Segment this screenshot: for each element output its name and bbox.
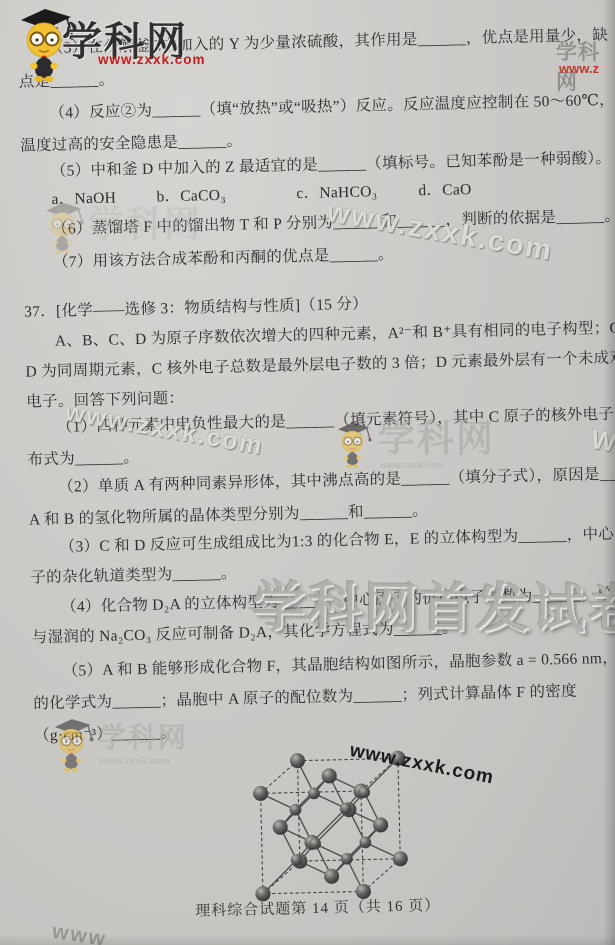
corner-and-face-atoms xyxy=(252,751,409,902)
line-q37-title: 37．[化学——选修 3：物质结构与性质]（15 分） xyxy=(24,286,606,322)
option-b: b．CaCO₃ xyxy=(156,183,226,207)
line-q36-4a: （4）反应②为______（填“放热”或“吸热”）反应。反应温度应控制在 50～… xyxy=(19,88,601,124)
scanned-exam-page: （3）在分解釜C中加入的 Y 为少量浓硫酸，其作用是______，优点是用量少，… xyxy=(0,0,615,945)
line-q37-4b: 与湿润的 Na₂CO₃ 反应可制备 D₂A，其化学方程式为______。 xyxy=(32,612,614,648)
line-q36-7: （7）用该方法合成苯酚和丙酮的优点是______。 xyxy=(23,237,605,273)
page-edge-shadow-bottom xyxy=(0,935,615,945)
line-q37-intro-a: A、B、C、D 为原子序数依次增大的四种元素，A²⁻和 B⁺具有相同的电子构型；… xyxy=(25,316,607,352)
line-q36-3a: （3）在分解釜C中加入的 Y 为少量浓硫酸，其作用是______，优点是用量少，… xyxy=(18,23,600,59)
line-q37-4a: （4）化合物 D₂A 的立体构型为______，中心原子的价层电子对数为____… xyxy=(31,582,613,618)
line-q37-3b: 子的杂化轨道类型为______。 xyxy=(30,552,612,588)
line-q37-5c: （g·cm⁻³）______。 xyxy=(34,710,615,746)
line-q36-6: （6）蒸馏塔 F 中的馏出物 T 和 P 分别为______和______，判断… xyxy=(22,204,604,240)
line-q36-3b: 点是______。 xyxy=(18,56,600,92)
option-d: d．CaO xyxy=(418,177,472,200)
line-q37-5a: （5）A 和 B 能够形成化合物 F，其晶胞结构如图所示，晶胞参数 a = 0.… xyxy=(32,646,614,682)
crystal-structure-figure xyxy=(244,745,412,903)
option-a: a．NaOH xyxy=(51,185,116,209)
option-c: c．NaHCO₃ xyxy=(296,179,377,203)
line-q37-intro-b: D 为同周期元素，C 核外电子总数是最外层电子数的 3 倍；D 元素最外层有一个… xyxy=(25,346,607,382)
scan-content: （3）在分解釜C中加入的 Y 为少量浓硫酸，其作用是______，优点是用量少，… xyxy=(0,0,615,945)
page-edge-shadow-right xyxy=(603,0,615,945)
line-q37-5b: 的化学式为______；晶胞中 A 原子的配位数为______；列式计算晶体 F… xyxy=(33,678,615,714)
